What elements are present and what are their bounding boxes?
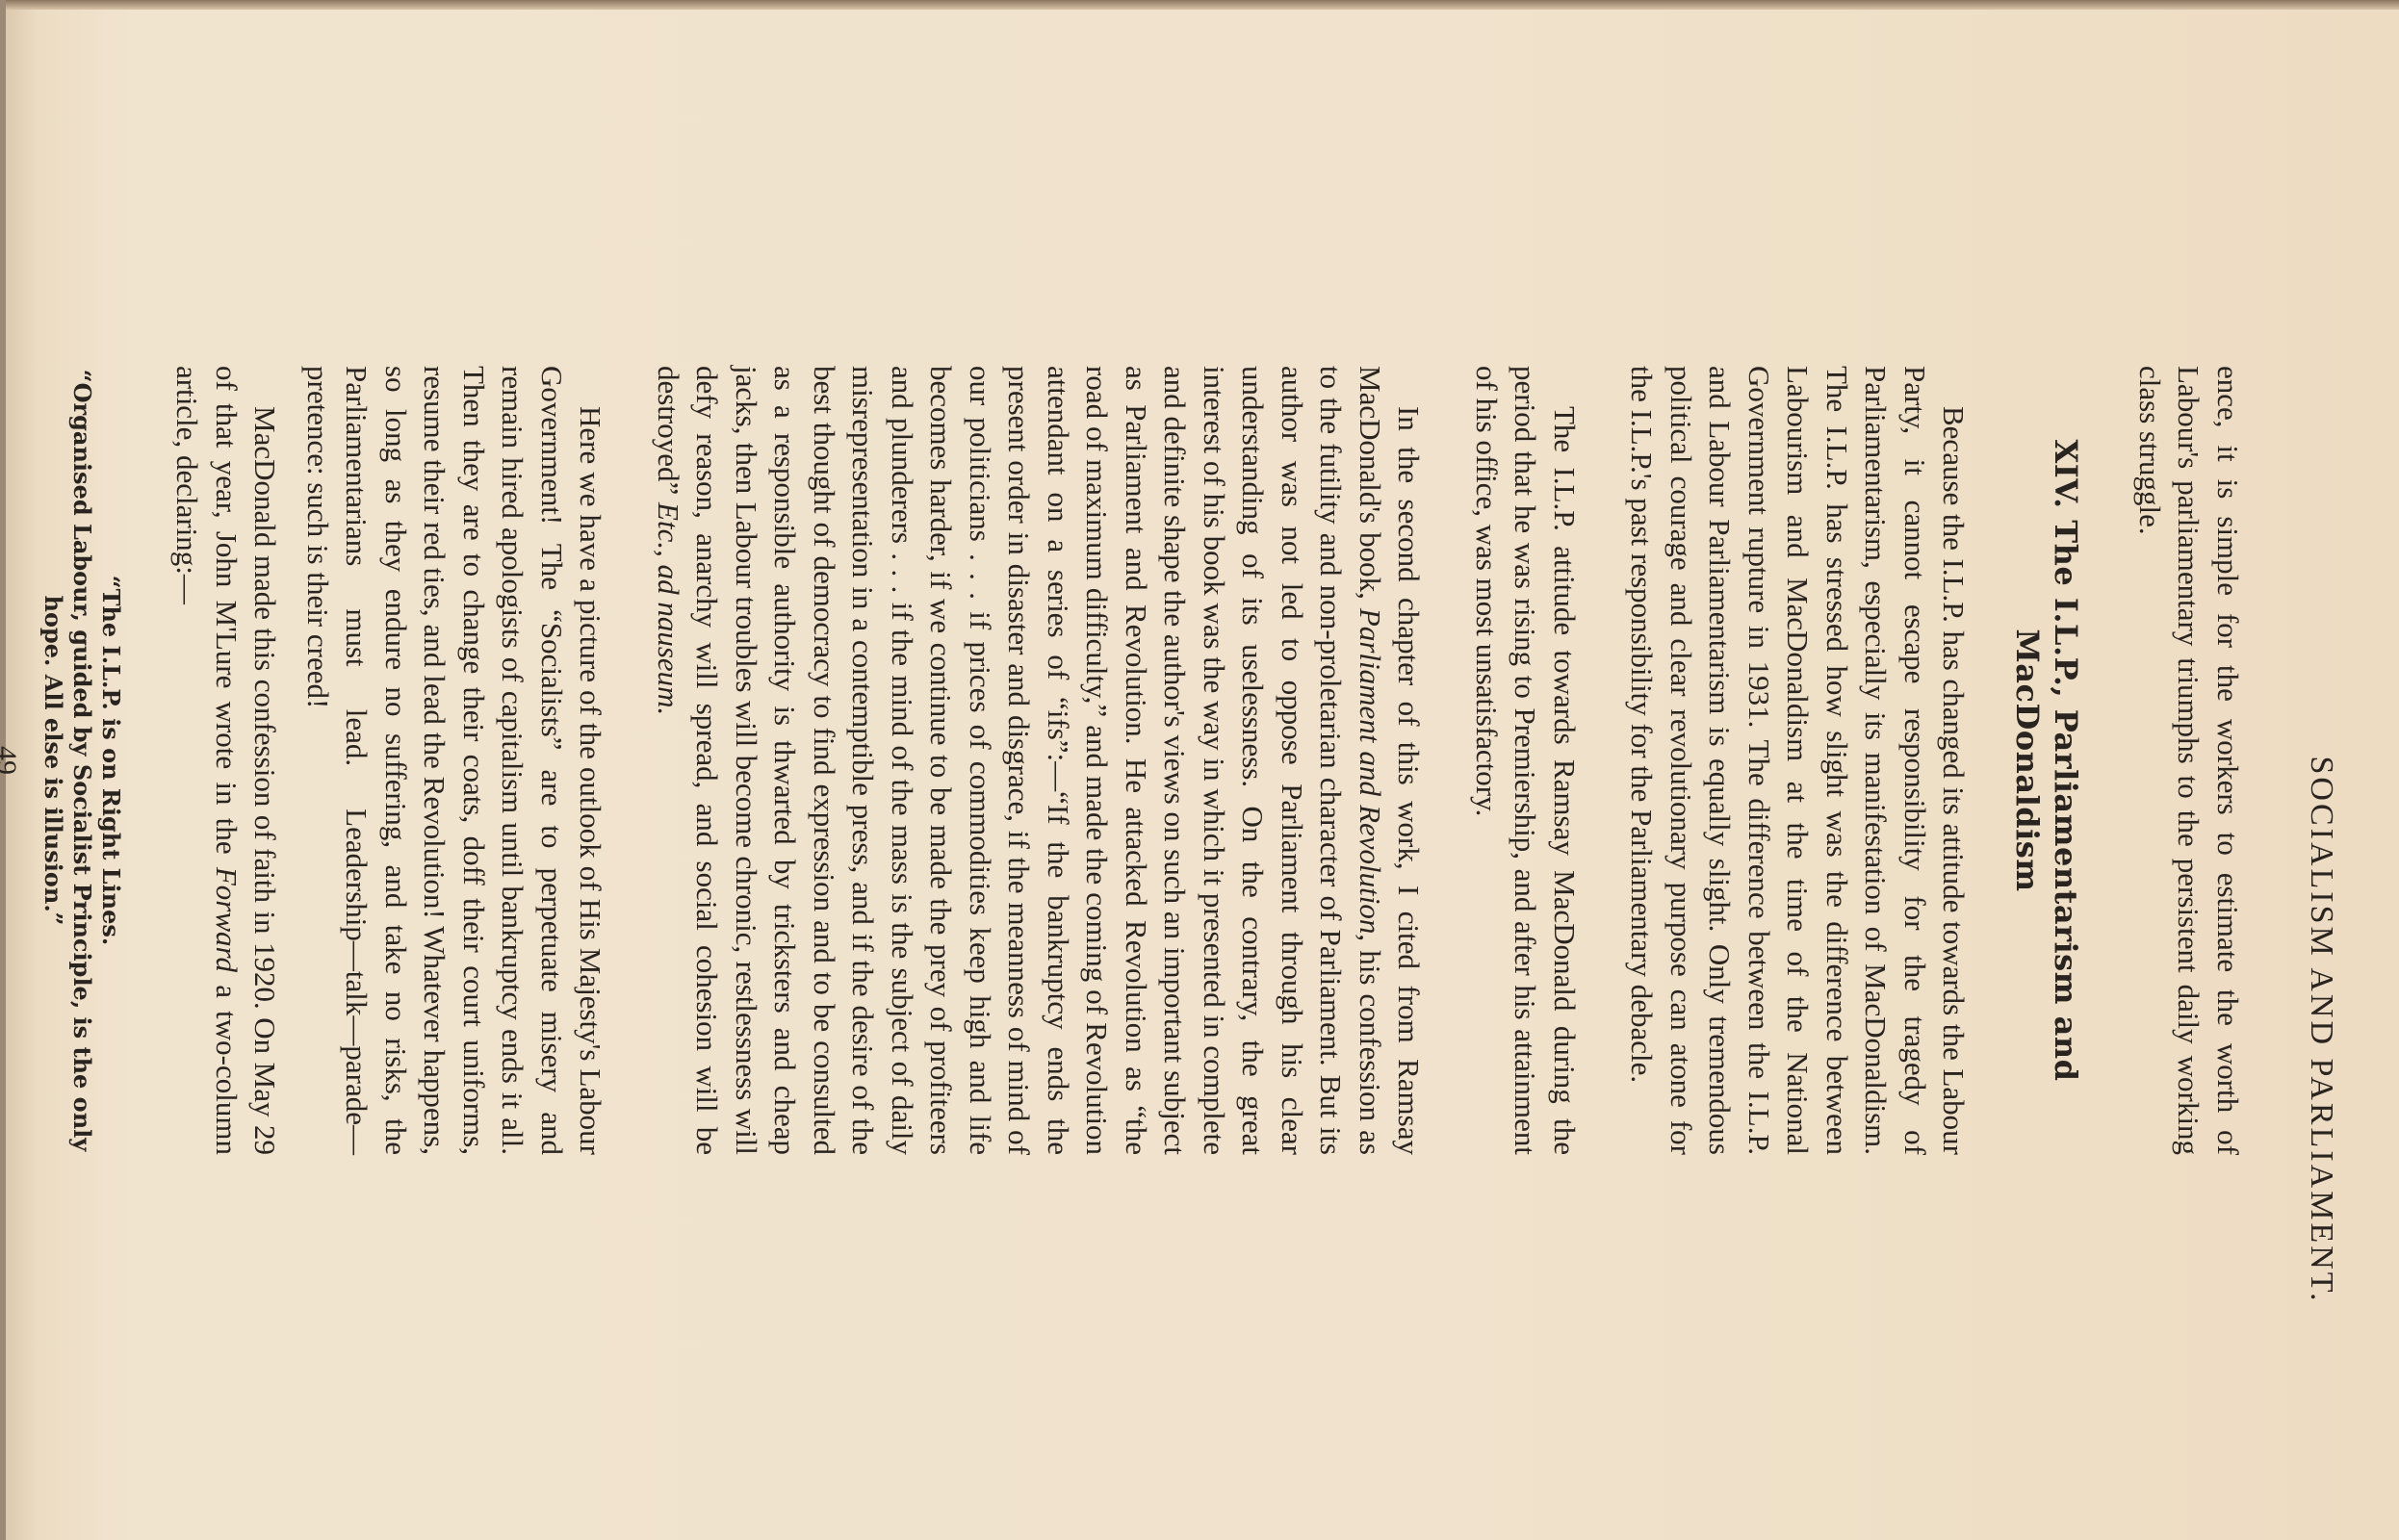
- quote-line-1: “The I.L.P. is on Right Lines.: [96, 366, 125, 1155]
- page-top-edge: [0, 0, 2399, 10]
- paragraph-2: The I.L.P. attitude towards Ramsay MacDo…: [1467, 366, 1585, 1155]
- newspaper-title: Forward: [210, 867, 244, 972]
- page-number: 49: [0, 366, 25, 1155]
- paragraph-1: Because the I.L.P. has changed its attit…: [1622, 366, 1973, 1155]
- paragraph-3: In the second chapter of this work, I ci…: [649, 366, 1429, 1155]
- paragraph-5: MacDonald made this confession of faith …: [168, 366, 285, 1155]
- quote-line-2: “Organised Labour, guided by Socialist P…: [39, 366, 96, 1155]
- etc-phrase: Etc., ad nauseum.: [652, 502, 685, 715]
- paragraph-continued: ence, it is simple for the workers to es…: [2130, 366, 2248, 1155]
- running-head: SOCIALISM AND PARLIAMENT.: [2303, 38, 2339, 1482]
- book-title: Parliament and Revolution: [1354, 608, 1387, 934]
- paragraph-4: Here we have a picture of the outlook of…: [298, 366, 610, 1155]
- block-quote: “The I.L.P. is on Right Lines. “Organise…: [39, 366, 125, 1155]
- page-content: ence, it is simple for the workers to es…: [0, 366, 2301, 1155]
- section-heading: XIV. The I.L.P., Parliamentarism and Mac…: [2008, 366, 2086, 1155]
- book-page: SOCIALISM AND PARLIAMENT. ence, it is si…: [241, 38, 2339, 1482]
